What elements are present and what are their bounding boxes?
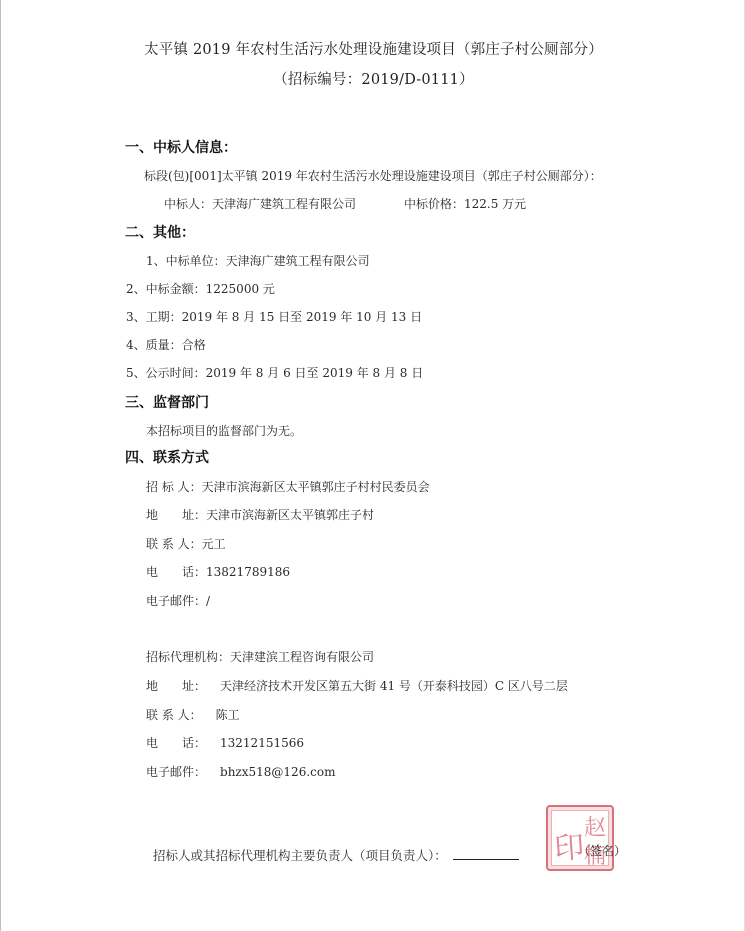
section-heading-winner-info: 一、中标人信息： bbox=[125, 137, 237, 157]
contact-label: 电 话： bbox=[146, 565, 206, 579]
item-value: 2019 年 8 月 15 日至 2019 年 10 月 13 日 bbox=[182, 310, 422, 324]
price-label: 中标价格： bbox=[404, 197, 464, 211]
document-page: 太平镇 2019 年农村生活污水处理设施建设项目（郭庄子村公厕部分） （招标编号… bbox=[0, 0, 745, 931]
document-title: 太平镇 2019 年农村生活污水处理设施建设项目（郭庄子村公厕部分） bbox=[1, 38, 745, 59]
agency-phone-row: 电 话：13212151566 bbox=[146, 734, 304, 751]
winner-row: 中标人：天津海广建筑工程有限公司 bbox=[164, 195, 356, 212]
agency-row: 招标代理机构：天津建滨工程咨询有限公司 bbox=[146, 648, 374, 665]
other-item: 3、工期：2019 年 8 月 15 日至 2019 年 10 月 13 日 bbox=[126, 308, 422, 325]
agency-contact-row: 联 系 人：陈工 bbox=[146, 706, 240, 723]
item-value: 合格 bbox=[182, 338, 206, 352]
contact-label: 电子邮件： bbox=[146, 765, 206, 779]
item-label: 5、公示时间： bbox=[126, 366, 206, 380]
contact-value: 陈工 bbox=[216, 708, 240, 722]
winner-value: 天津海广建筑工程有限公司 bbox=[212, 197, 356, 211]
supervision-text: 本招标项目的监督部门为无。 bbox=[146, 422, 302, 439]
red-seal-stamp: 印 赵 楠 bbox=[546, 805, 614, 871]
agency-address-row: 地 址：天津经济技术开发区第五大街 41 号（开泰科技园）C 区八号二层 bbox=[146, 677, 568, 694]
contact-label: 电 话： bbox=[146, 736, 206, 750]
agency-email-row: 电子邮件：bhzx518@126.com bbox=[146, 763, 335, 780]
item-value: 1225000 元 bbox=[206, 282, 275, 296]
signature-row: 招标人或其招标代理机构主要负责人（项目负责人）： bbox=[153, 846, 519, 864]
tenderer-address-row: 地 址：天津市滨海新区太平镇郭庄子村 bbox=[146, 506, 374, 523]
item-label: 3、工期： bbox=[126, 310, 182, 324]
contact-value: 天津经济技术开发区第五大街 41 号（开泰科技园）C 区八号二层 bbox=[220, 679, 568, 693]
contact-value: 天津建滨工程咨询有限公司 bbox=[230, 650, 374, 664]
sign-hint: （签名） bbox=[578, 842, 626, 859]
contact-value: bhzx518@126.com bbox=[220, 765, 335, 779]
section-heading-contact: 四、联系方式 bbox=[125, 447, 209, 467]
contact-label: 电子邮件： bbox=[146, 594, 206, 608]
price-value: 122.5 万元 bbox=[464, 197, 526, 211]
contact-label: 地 址： bbox=[146, 679, 206, 693]
signature-blank-line bbox=[453, 847, 519, 860]
contact-label: 地 址： bbox=[146, 508, 206, 522]
other-item: 4、质量：合格 bbox=[126, 336, 206, 353]
contact-label: 招标代理机构： bbox=[146, 650, 230, 664]
winner-label: 中标人： bbox=[164, 197, 212, 211]
tenderer-email-row: 电子邮件：/ bbox=[146, 592, 210, 609]
lot-description: 标段(包)[001]太平镇 2019 年农村生活污水处理设施建设项目（郭庄子村公… bbox=[144, 167, 602, 184]
contact-value: 天津市滨海新区太平镇郭庄子村村民委员会 bbox=[202, 480, 430, 494]
contact-label: 联 系 人： bbox=[146, 537, 202, 551]
item-value: 2019 年 8 月 6 日至 2019 年 8 月 8 日 bbox=[206, 366, 424, 380]
contact-value: 13212151566 bbox=[220, 736, 304, 750]
contact-value: 13821789186 bbox=[206, 565, 290, 579]
contact-label: 招 标 人： bbox=[146, 480, 202, 494]
contact-value: 元工 bbox=[202, 537, 226, 551]
contact-label: 联 系 人： bbox=[146, 708, 202, 722]
price-row: 中标价格：122.5 万元 bbox=[404, 195, 526, 212]
other-item: 1、中标单位：天津海广建筑工程有限公司 bbox=[146, 252, 370, 269]
tenderer-row: 招 标 人：天津市滨海新区太平镇郭庄子村村民委员会 bbox=[146, 478, 430, 495]
section-heading-supervision: 三、监督部门 bbox=[125, 392, 209, 412]
tender-number: （招标编号：2019/D-0111） bbox=[1, 68, 745, 89]
other-item: 5、公示时间：2019 年 8 月 6 日至 2019 年 8 月 8 日 bbox=[126, 364, 423, 381]
section-heading-other: 二、其他： bbox=[125, 222, 195, 242]
item-label: 1、中标单位： bbox=[146, 254, 226, 268]
item-value: 天津海广建筑工程有限公司 bbox=[226, 254, 370, 268]
signature-label: 招标人或其招标代理机构主要负责人（项目负责人）： bbox=[153, 848, 447, 863]
item-label: 2、中标金额： bbox=[126, 282, 206, 296]
other-item: 2、中标金额：1225000 元 bbox=[126, 280, 275, 297]
item-label: 4、质量： bbox=[126, 338, 182, 352]
tenderer-contact-row: 联 系 人：元工 bbox=[146, 535, 226, 552]
tenderer-phone-row: 电 话：13821789186 bbox=[146, 563, 290, 580]
seal-char: 赵 bbox=[584, 811, 606, 842]
contact-value: 天津市滨海新区太平镇郭庄子村 bbox=[206, 508, 374, 522]
contact-value: / bbox=[206, 594, 210, 608]
